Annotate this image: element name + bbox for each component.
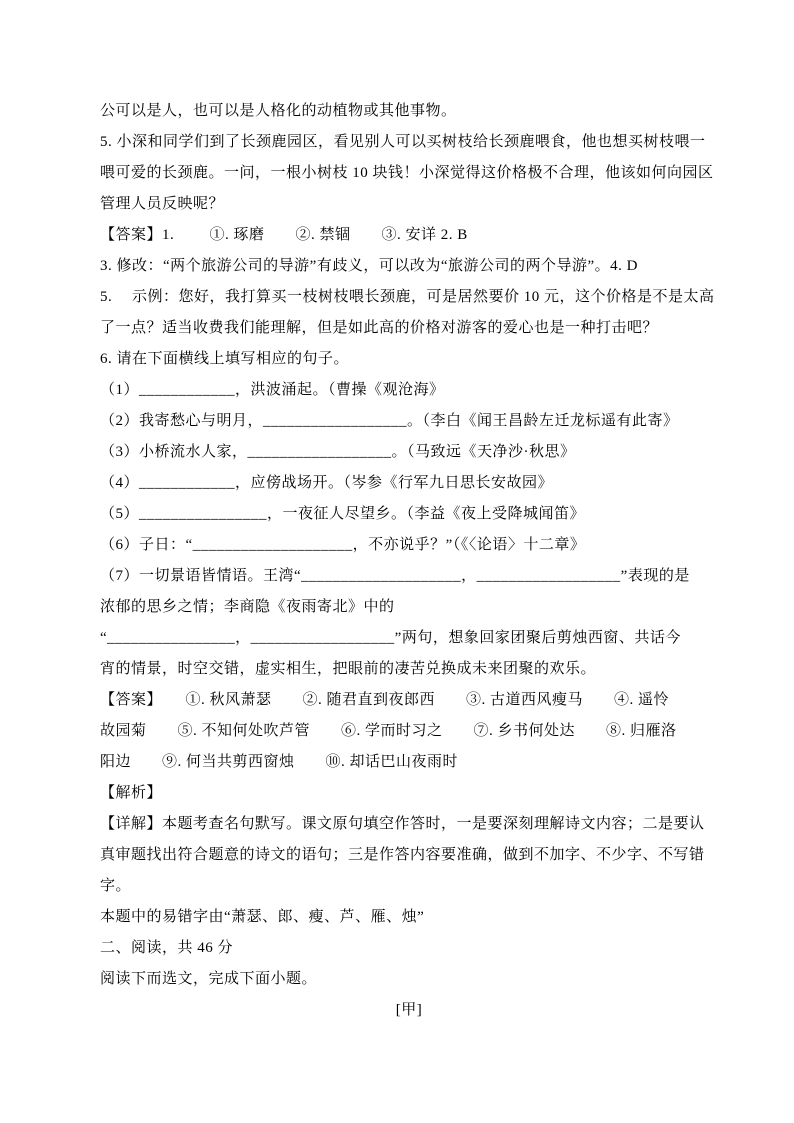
analysis-heading: 【解析】	[100, 778, 718, 809]
answer-line: 3. 修改：“两个旅游公司的导游”有歧义，可以改为“旅游公司的两个导游”。4. …	[100, 251, 718, 282]
fill-blank-item-1: （1）____________，洪波涌起。（曹操《观沧海》	[100, 375, 718, 406]
fill-blank-item-3: （3）小桥流水人家，__________________。（马致远《天净沙·秋思…	[100, 437, 718, 468]
fill-blank-item-7: （7）一切景语皆情语。王湾“____________________，_____…	[100, 561, 718, 592]
fill-blank-item-5: （5）________________，一夜征人尽望乡。（李益《夜上受降城闻笛》	[100, 499, 718, 530]
answer-line: 了一点？适当收费我们能理解，但是如此高的价格对游客的爱心也是一种打击吧？	[100, 313, 718, 344]
section-2-heading: 二、阅读，共 46 分	[100, 933, 718, 964]
question-5-text: 管理人员反映呢？	[100, 189, 718, 220]
answer-line: 【答案】 ①. 秋风萧瑟 ②. 随君直到夜郎西 ③. 古道西风瘦马 ④. 遥怜	[100, 685, 718, 716]
explanation-text: 字。	[100, 871, 718, 902]
explanation-text: 真审题找出符合题意的诗文的语句；三是作答内容要准确，做到不加字、不少字、不写错	[100, 840, 718, 871]
answer-line: 故园菊 ⑤. 不知何处吹芦管 ⑥. 学而时习之 ⑦. 乡书何处达 ⑧. 归雁洛	[100, 716, 718, 747]
fill-blank-item-7: 浓郁的思乡之情；李商隐《夜雨寄北》中的	[100, 592, 718, 623]
question-5-text: 喂可爱的长颈鹿。一问，一根小树枝 10 块钱！小深觉得这价格极不合理，他该如何向…	[100, 158, 718, 189]
answer-line: 阳边 ⑨. 何当共剪西窗烛 ⑩. 却话巴山夜雨时	[100, 747, 718, 778]
explanation-text: 【详解】本题考查名句默写。课文原句填空作答时，一是要深刻理解诗文内容；二是要认	[100, 809, 718, 840]
answer-line: 【答案】1. ①. 琢磨 ②. 禁锢 ③. 安详 2. B	[100, 220, 718, 251]
explanation-text: 本题中的易错字由“萧瑟、郎、瘦、芦、雁、烛”	[100, 902, 718, 933]
fill-blank-item-4: （4）____________，应傍战场开。（岑参《行军九日思长安故园》	[100, 468, 718, 499]
fill-blank-item-2: （2）我寄愁心与明月，__________________。（李白《闻王昌龄左迁…	[100, 406, 718, 437]
question-5-text: 5. 小深和同学们到了长颈鹿园区，看见别人可以买树枝给长颈鹿喂食，他也想买树枝喂…	[100, 127, 718, 158]
document-body: 公可以是人，也可以是人格化的动植物或其他事物。 5. 小深和同学们到了长颈鹿园区…	[100, 96, 718, 1026]
passage-jia-label: [甲]	[100, 995, 718, 1026]
fill-blank-item-7: “________________，__________________”两句，…	[100, 623, 718, 654]
document-page: 公可以是人，也可以是人格化的动植物或其他事物。 5. 小深和同学们到了长颈鹿园区…	[0, 0, 794, 1123]
reading-instruction: 阅读下而选文，完成下面小题。	[100, 964, 718, 995]
text-line: 公可以是人，也可以是人格化的动植物或其他事物。	[100, 96, 718, 127]
answer-line: 5. 示例：您好，我打算买一枝树枝喂长颈鹿，可是居然要价 10 元，这个价格是不…	[100, 282, 718, 313]
fill-blank-item-6: （6）子日：“____________________，不亦说乎？”（《〈论语〉…	[100, 530, 718, 561]
fill-blank-item-7: 宵的情景，时空交错，虚实相生，把眼前的凄苦兑换成未来团聚的欢乐。	[100, 654, 718, 685]
question-6-heading: 6. 请在下面横线上填写相应的句子。	[100, 344, 718, 375]
